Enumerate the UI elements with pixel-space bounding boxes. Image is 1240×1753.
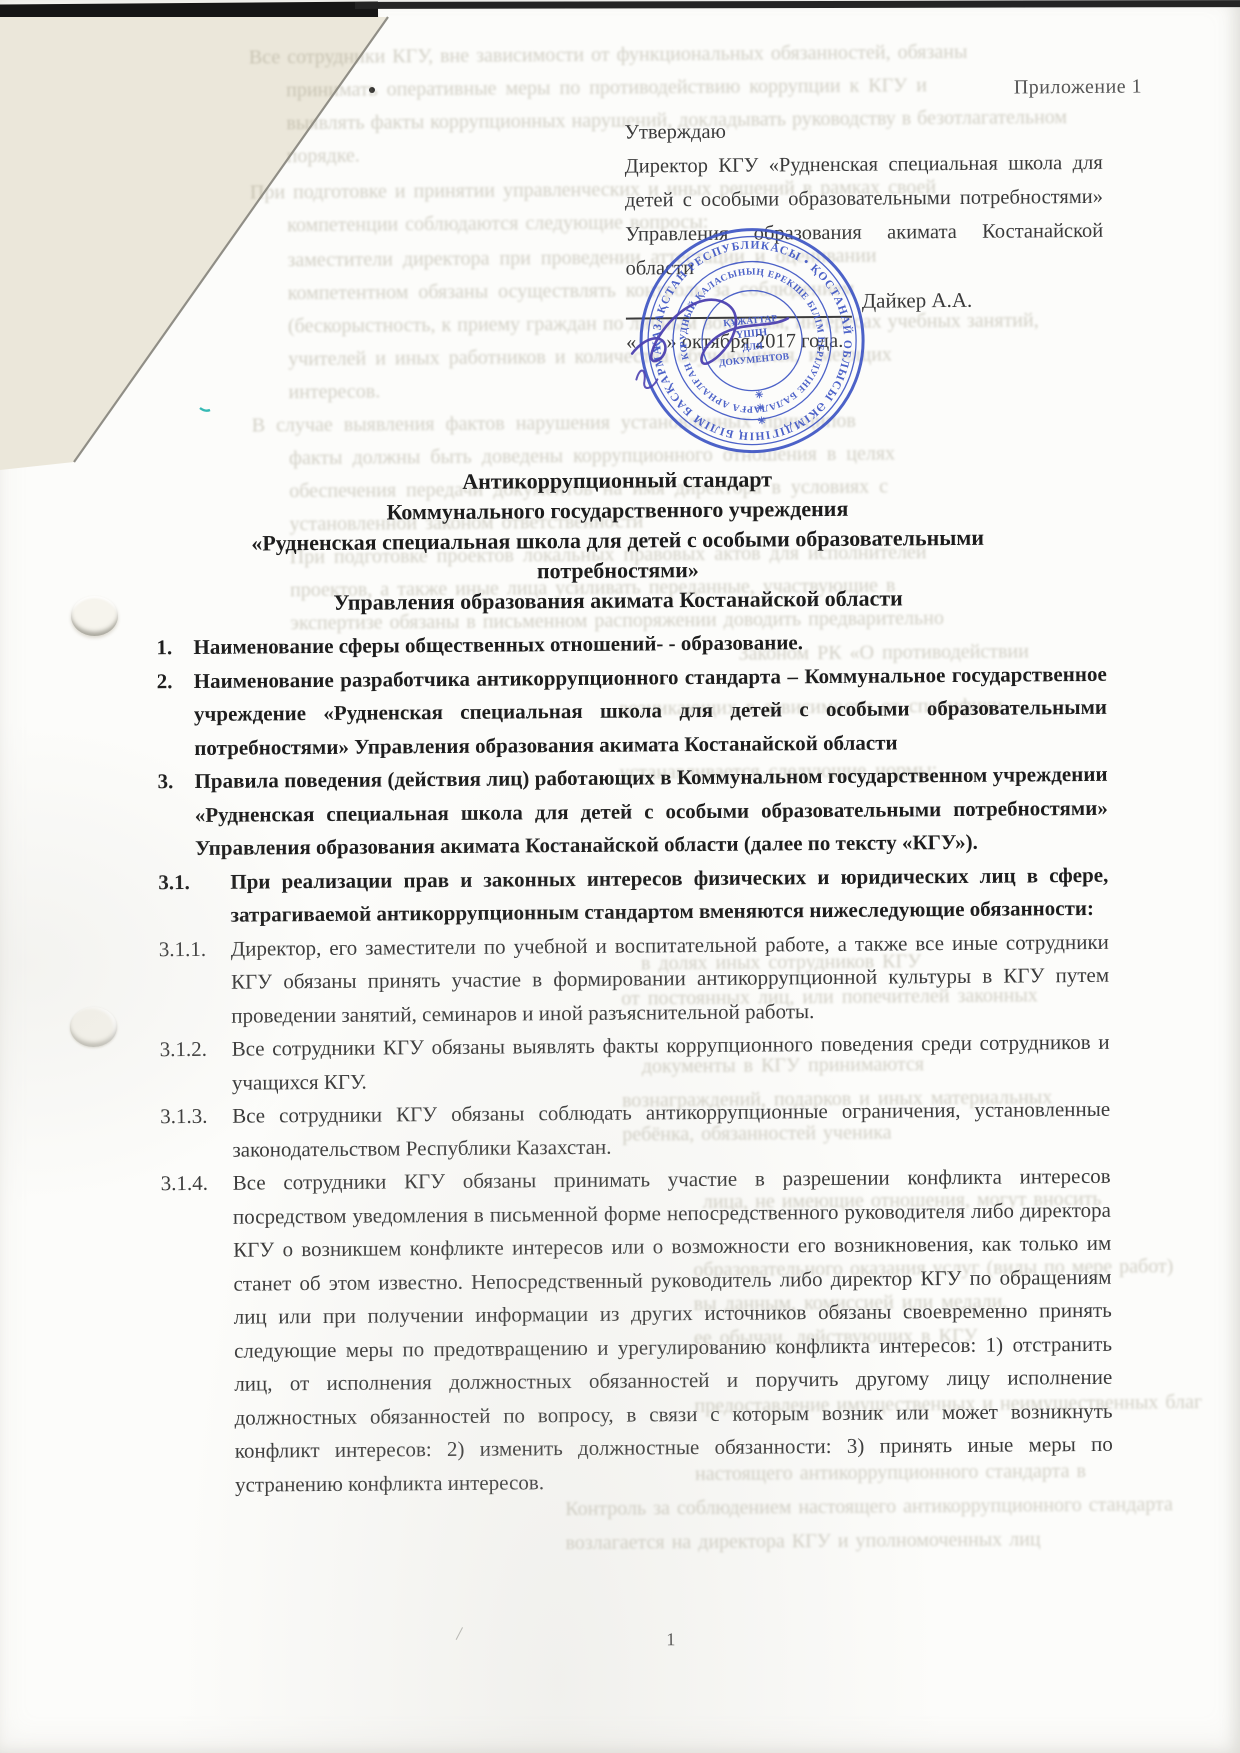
list-item: 3.1.4.Все сотрудники КГУ обязаны принима… (161, 1160, 1114, 1502)
signature-stroke (632, 299, 788, 364)
list-item: 3.1.1.Директор, его заместители по учебн… (159, 925, 1110, 1033)
pen-mark (456, 1627, 472, 1645)
list-item: 3.Правила поведения (действия лиц) работ… (157, 758, 1108, 866)
bleedthrough-text: Все сотрудники КГУ, вне зависимости от ф… (249, 41, 968, 70)
bleedthrough-text: интересов. (288, 381, 380, 405)
item-text: Все сотрудники КГУ обязаны выявлять факт… (232, 1026, 1110, 1100)
item-text: При реализации прав и законных интересов… (230, 858, 1108, 932)
item-number: 1. (156, 631, 193, 665)
approve-word: Утверждаю (624, 112, 1102, 150)
handwritten-signature (602, 273, 923, 416)
stamp-star-3: ✳ (757, 416, 767, 428)
list-item: 3.1.3.Все сотрудники КГУ обязаны соблюда… (160, 1093, 1110, 1167)
bleedthrough-text: принимать оперативные меры по противодей… (286, 74, 927, 102)
appendix-label: Приложение 1 (1014, 76, 1143, 100)
item-text: Директор, его заместители по учебной и в… (231, 925, 1110, 1032)
item-text: Все сотрудники КГУ обязаны принимать уча… (233, 1160, 1114, 1502)
list-item: 3.1.При реализации прав и законных интер… (158, 858, 1108, 932)
page-number: 1 (666, 1629, 675, 1650)
item-number: 3.1.2. (160, 1033, 233, 1101)
list-item: 2.Наименование разработчика антикоррупци… (157, 657, 1108, 765)
content-list: 1.Наименование сферы общественных отноше… (156, 624, 1113, 1502)
item-text: Правила поведения (действия лиц) работаю… (194, 758, 1108, 866)
item-text: Наименование разработчика антикоррупцион… (194, 657, 1108, 765)
item-number: 2. (157, 664, 195, 765)
document-title: Антикоррупционный стандарт Коммунального… (135, 462, 1100, 620)
item-number: 3.1. (158, 865, 231, 933)
scanned-document-page: Все сотрудники КГУ, вне зависимости от ф… (0, 0, 1240, 1753)
handwritten-date-day (636, 370, 657, 388)
bleedthrough-text: возлагается на директора КГУ и уполномоч… (565, 1528, 1040, 1555)
item-text: Все сотрудники КГУ обязаны соблюдать ант… (232, 1093, 1110, 1167)
list-item: 3.1.2.Все сотрудники КГУ обязаны выявлят… (160, 1026, 1110, 1100)
title-line-5: Управления образования акимата Костанайс… (136, 582, 1100, 620)
item-number: 3.1.3. (160, 1100, 233, 1168)
item-number: 3. (157, 765, 195, 866)
document-content: Все сотрудники КГУ, вне зависимости от ф… (0, 0, 1240, 1753)
item-number: 3.1.4. (161, 1167, 236, 1503)
item-number: 3.1.1. (159, 932, 232, 1033)
bleedthrough-text: порядке. (287, 145, 360, 169)
